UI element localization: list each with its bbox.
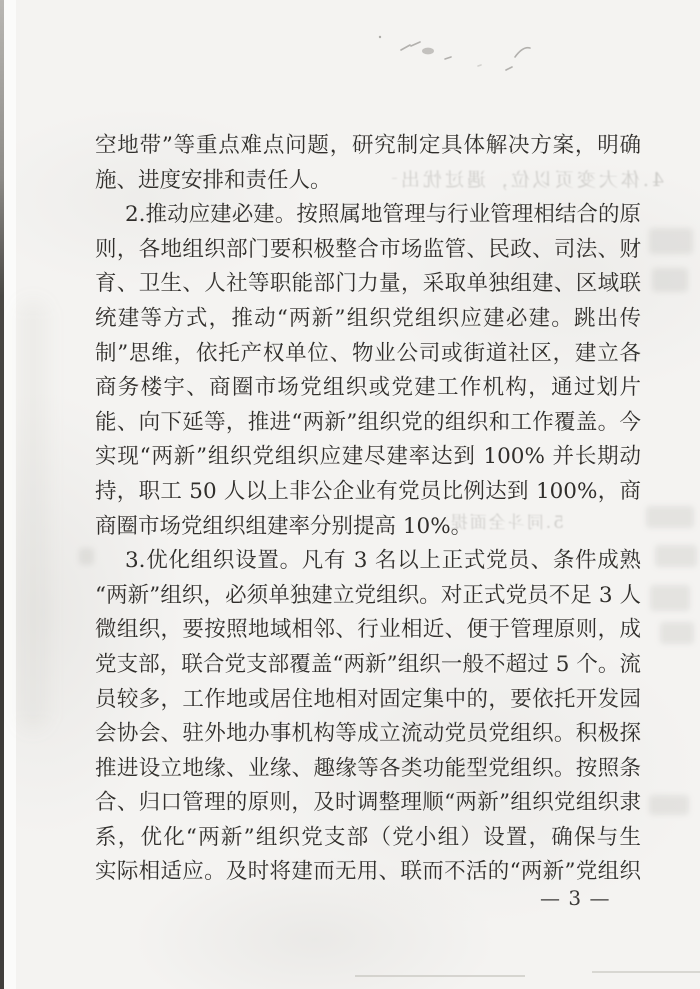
text-line: 施、进度安排和责任人。 <box>95 164 641 199</box>
text-line: 实际相适应。及时将建而无用、联而不活的“两新”党组织列为 <box>95 855 641 890</box>
bleedthrough-smudge <box>650 585 690 611</box>
text-line: 则，各地组织部门要积极整合市场监管、民政、司法、财政、教 <box>95 233 641 268</box>
text-line: 空地带”等重点难点问题，研究制定具体解决方案，明确任务措 <box>95 129 641 164</box>
text-line: “两新”组织，必须单独建立党组织。对正式党员不足 3 人的小 <box>95 579 641 614</box>
bleedthrough-smudge <box>660 622 694 644</box>
text-line: 3.优化组织设置。凡有 3 名以上正式党员、条件成熟的 <box>95 544 641 579</box>
text-line: 合、归口管理的原则，及时调整理顺“两新”组织党组织隶属关 <box>95 786 641 821</box>
bleedthrough-smudge <box>652 268 688 292</box>
text-line: 制”思维，依托产权单位、物业公司或街道社区，建立各类园区、 <box>95 337 641 372</box>
scan-left-edge-band <box>4 0 16 989</box>
text-line: 商务楼宇、商圈市场党组织或党建工作机构，通过划片区、分功 <box>95 371 641 406</box>
bleedthrough-smudge <box>79 548 94 565</box>
document-body-text: 空地带”等重点难点问题，研究制定具体解决方案，明确任务措施、进度安排和责任人。2… <box>95 129 641 890</box>
text-line: 能、向下延等，推进“两新”组织党的组织和工作覆盖。今年底， <box>95 406 641 441</box>
text-line: 育、卫生、人社等职能部门力量，采取单独组建、区域联建、行业 <box>95 267 641 302</box>
text-line: 2.推动应建必建。按照属地管理与行业管理相结合的原 <box>95 198 641 233</box>
bleedthrough-smudge <box>649 228 693 254</box>
bleedthrough-smudge <box>649 795 689 815</box>
text-line: 实现“两新”组织党组织应建尽建率达到 100% 并长期动态保 <box>95 440 641 475</box>
text-line: 员较多，工作地或居住地相对固定集中的，要依托开发园区、商 <box>95 683 641 718</box>
text-line: 会协会、驻外地办事机构等成立流动党员党组织。积极探索和 <box>95 717 641 752</box>
bleedthrough-smudge <box>655 545 697 567</box>
text-line: 微组织，要按照地域相邻、行业相近、便于管理原则，成立联合 <box>95 613 641 648</box>
scan-bottom-edge-line <box>355 975 525 977</box>
text-line: 推进设立地缘、业缘、趣缘等各类功能型党组织。按照条块结 <box>95 752 641 787</box>
text-line: 商圈市场党组织组建率分别提高 10%。 <box>95 510 641 545</box>
scan-bottom-edge-line <box>592 971 700 973</box>
paper-fold-shadow <box>18 300 48 730</box>
pen-scratch-marks <box>375 33 545 81</box>
text-line: 持，职工 50 人以上非公企业有党员比例达到 100%，商务楼宇、 <box>95 475 641 510</box>
page-number: — 3 — <box>540 886 650 910</box>
scanned-document-page: 4.体大变页以位，遇过忧出一起 5.同斗全面提升 空地带”等重点难点问题，研究制… <box>0 0 700 989</box>
text-line: 统建等方式，推动“两新”组织党组织应建必建。跳出传统“建 <box>95 302 641 337</box>
text-line: 党支部，联合党支部覆盖“两新”组织一般不超过 5 个。流动党 <box>95 648 641 683</box>
bleedthrough-smudge <box>646 506 694 528</box>
text-line: 系，优化“两新”组织党支部（党小组）设置，确保与生产、发展 <box>95 821 641 856</box>
